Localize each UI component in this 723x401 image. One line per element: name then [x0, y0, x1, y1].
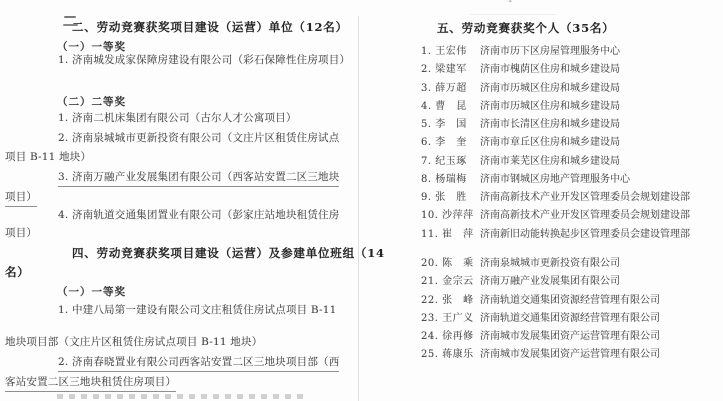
- person-department: 济南市历城区住房和城乡建设局: [480, 79, 620, 94]
- subsection-heading: （一）一等奖: [57, 284, 126, 299]
- person-name: 7. 纪玉琢: [421, 152, 480, 167]
- document-line: 2. 济南春晓置业有限公司西客站安置二区三地块项目部（西: [58, 354, 339, 369]
- person-department: 济南市长清区住房和城乡建设局: [480, 115, 620, 130]
- person-name: 20. 陈 乘: [421, 254, 480, 269]
- person-name: 5. 李 国: [421, 115, 480, 130]
- document-canvas: 二、劳动竞赛获奖项目建设（运营）单位（12名）（一）一等奖1. 济南城发成家保障…: [0, 0, 723, 401]
- document-line: 3. 济南万融产业发展集团有限公司（西客站安置二区三地块: [58, 169, 339, 184]
- line-text: 1. 中建八局第一建设有限公司文庄租赁住房试点项目 B-11: [58, 304, 337, 316]
- person-row: 5. 李 国济南市长清区住房和城乡建设局: [421, 115, 620, 130]
- document-line: 项目）: [5, 225, 37, 240]
- line-text: 1. 济南二机床集团有限公司（古尔人才公寓项目）: [58, 112, 297, 124]
- right-page: 五、劳动竞赛获奖个人（35名） 1. 王宏伟济南市历下区房屋管理服务中心2. 梁…: [362, 0, 723, 401]
- person-name: 25. 蒋康乐: [421, 345, 480, 360]
- document-line: 1. 济南城发成家保障房建设有限公司（彩石保障性住房项目）: [58, 52, 350, 67]
- person-row: 4. 曹 昆济南市历城区住房和城乡建设局: [421, 97, 620, 112]
- person-row: 3. 薛万超济南市历城区住房和城乡建设局: [421, 79, 620, 94]
- line-text: 2. 济南泉城城市更新投资有限公司（文庄片区租赁住房试点: [58, 132, 339, 144]
- person-name: 1. 王宏伟: [421, 42, 480, 57]
- person-row: 6. 李 奎济南市章丘区住房和城乡建设局: [421, 133, 620, 148]
- line-text: 地块项目部（文庄片区租赁住房试点项目 B-11 地块）: [5, 336, 262, 348]
- person-department: 济南城市发展集团资产运营管理有限公司: [480, 327, 660, 342]
- document-line: 项目 B-11 地块）: [5, 149, 91, 164]
- person-name: 22. 张 峰: [421, 291, 480, 306]
- document-line: 4. 济南轨道交通集团置业有限公司（彭家庄站地块租赁住房: [58, 207, 339, 222]
- line-text: 1. 济南城发成家保障房建设有限公司（彩石保障性住房项目）: [58, 54, 350, 66]
- document-line: 客站安置二区三地块租赁住房项目）: [5, 374, 176, 389]
- person-department: 济南市章丘区住房和城乡建设局: [480, 133, 620, 148]
- page-divider: [358, 16, 359, 401]
- section-heading: 二、劳动竞赛获奖项目建设（运营）单位（12名）: [72, 19, 348, 35]
- line-text: 3. 济南万融产业发展集团有限公司（西客站安置二区三地块: [58, 171, 339, 187]
- person-row: 10. 沙萍萍济南高新技术产业开发区管理委员会规划建设部: [421, 206, 690, 221]
- line-text: 项目）: [5, 227, 37, 239]
- person-department: 济南高新技术产业开发区管理委员会规划建设部: [480, 188, 690, 203]
- person-department: 济南市槐荫区住房和城乡建设局: [480, 60, 620, 75]
- person-department: 济南高新技术产业开发区管理委员会规划建设部: [480, 206, 690, 221]
- cutoff-text-line: [57, 394, 309, 399]
- line-text: 4. 济南轨道交通集团置业有限公司（彭家庄站地块租赁住房: [58, 209, 339, 221]
- line-text: 项目 B-11 地块）: [5, 151, 91, 163]
- document-line: 地块项目部（文庄片区租赁住房试点项目 B-11 地块）: [5, 334, 262, 349]
- person-department: 济南轨道交通集团资源经营管理有限公司: [480, 309, 660, 324]
- person-row: 23. 王广义济南轨道交通集团资源经营管理有限公司: [421, 309, 660, 324]
- person-row: 20. 陈 乘济南泉城城市更新投资有限公司: [421, 254, 620, 269]
- person-department: 济南市莱芜区住房和城乡建设局: [480, 152, 620, 167]
- person-name: 8. 杨瑞梅: [421, 170, 480, 185]
- person-row: 22. 张 峰济南轨道交通集团资源经营管理有限公司: [421, 291, 660, 306]
- person-name: 24. 徐再修: [421, 327, 480, 342]
- line-text: 四、劳动竞赛获奖项目建设（运营）及参建单位班组（14: [72, 246, 385, 260]
- person-department: 济南市历下区房屋管理服务中心: [480, 42, 620, 57]
- document-line: 1. 济南二机床集团有限公司（古尔人才公寓项目）: [58, 110, 297, 125]
- document-line: 2. 济南泉城城市更新投资有限公司（文庄片区租赁住房试点: [58, 130, 339, 145]
- document-line: 项目）: [5, 189, 37, 204]
- line-text: 二、劳动竞赛获奖项目建设（运营）单位（12名）: [72, 20, 348, 34]
- line-text: 名）: [5, 265, 30, 279]
- person-row: 1. 王宏伟济南市历下区房屋管理服务中心: [421, 42, 620, 57]
- person-name: 11. 崔 萍: [421, 225, 480, 240]
- line-text: （一）一等奖: [57, 286, 126, 298]
- person-name: 6. 李 奎: [421, 133, 480, 148]
- person-name: 21. 金宗云: [421, 272, 480, 287]
- person-department: 济南万融产业发展集团有限公司: [480, 272, 620, 287]
- person-name: 2. 梁建军: [421, 60, 480, 75]
- person-row: 8. 杨瑞梅济南市钢城区房地产管理服务中心: [421, 170, 630, 185]
- line-text: 客站安置二区三地块租赁住房项目）: [5, 376, 176, 392]
- person-row: 25. 蒋康乐济南城市发展集团资产运营管理有限公司: [421, 345, 660, 360]
- person-row: 7. 纪玉琢济南市莱芜区住房和城乡建设局: [421, 152, 620, 167]
- line-text: 项目）: [5, 191, 37, 207]
- document-line: 1. 中建八局第一建设有限公司文庄租赁住房试点项目 B-11: [58, 302, 337, 317]
- person-row: 9. 张 胜济南高新技术产业开发区管理委员会规划建设部: [421, 188, 690, 203]
- person-row: 21. 金宗云济南万融产业发展集团有限公司: [421, 272, 620, 287]
- person-name: 3. 薛万超: [421, 79, 480, 94]
- section-heading: 名）: [5, 264, 30, 280]
- person-row: 24. 徐再修济南城市发展集团资产运营管理有限公司: [421, 327, 660, 342]
- person-name: 9. 张 胜: [421, 188, 480, 203]
- person-name: 4. 曹 昆: [421, 97, 480, 112]
- person-name: 10. 沙萍萍: [421, 206, 480, 221]
- line-text: （二）二等奖: [57, 96, 126, 108]
- subsection-heading: （二）二等奖: [57, 94, 126, 109]
- person-department: 济南新旧动能转换起步区管理委员会建设管理部: [480, 225, 690, 240]
- person-name: 23. 王广义: [421, 309, 480, 324]
- left-page: 二、劳动竞赛获奖项目建设（运营）单位（12名）（一）一等奖1. 济南城发成家保障…: [0, 0, 358, 401]
- line-text: 2. 济南春晓置业有限公司西客站安置二区三地块项目部（西: [58, 356, 339, 372]
- person-row: 11. 崔 萍济南新旧动能转换起步区管理委员会建设管理部: [421, 225, 690, 240]
- person-department: 济南城市发展集团资产运营管理有限公司: [480, 345, 660, 360]
- person-department: 济南市历城区住房和城乡建设局: [480, 97, 620, 112]
- section-heading: 四、劳动竞赛获奖项目建设（运营）及参建单位班组（14: [72, 245, 385, 261]
- person-department: 济南市钢城区房地产管理服务中心: [480, 170, 630, 185]
- person-department: 济南泉城城市更新投资有限公司: [480, 254, 620, 269]
- section-heading: 五、劳动竞赛获奖个人（35名）: [437, 20, 615, 36]
- person-row: 2. 梁建军济南市槐荫区住房和城乡建设局: [421, 60, 620, 75]
- person-department: 济南轨道交通集团资源经营管理有限公司: [480, 291, 660, 306]
